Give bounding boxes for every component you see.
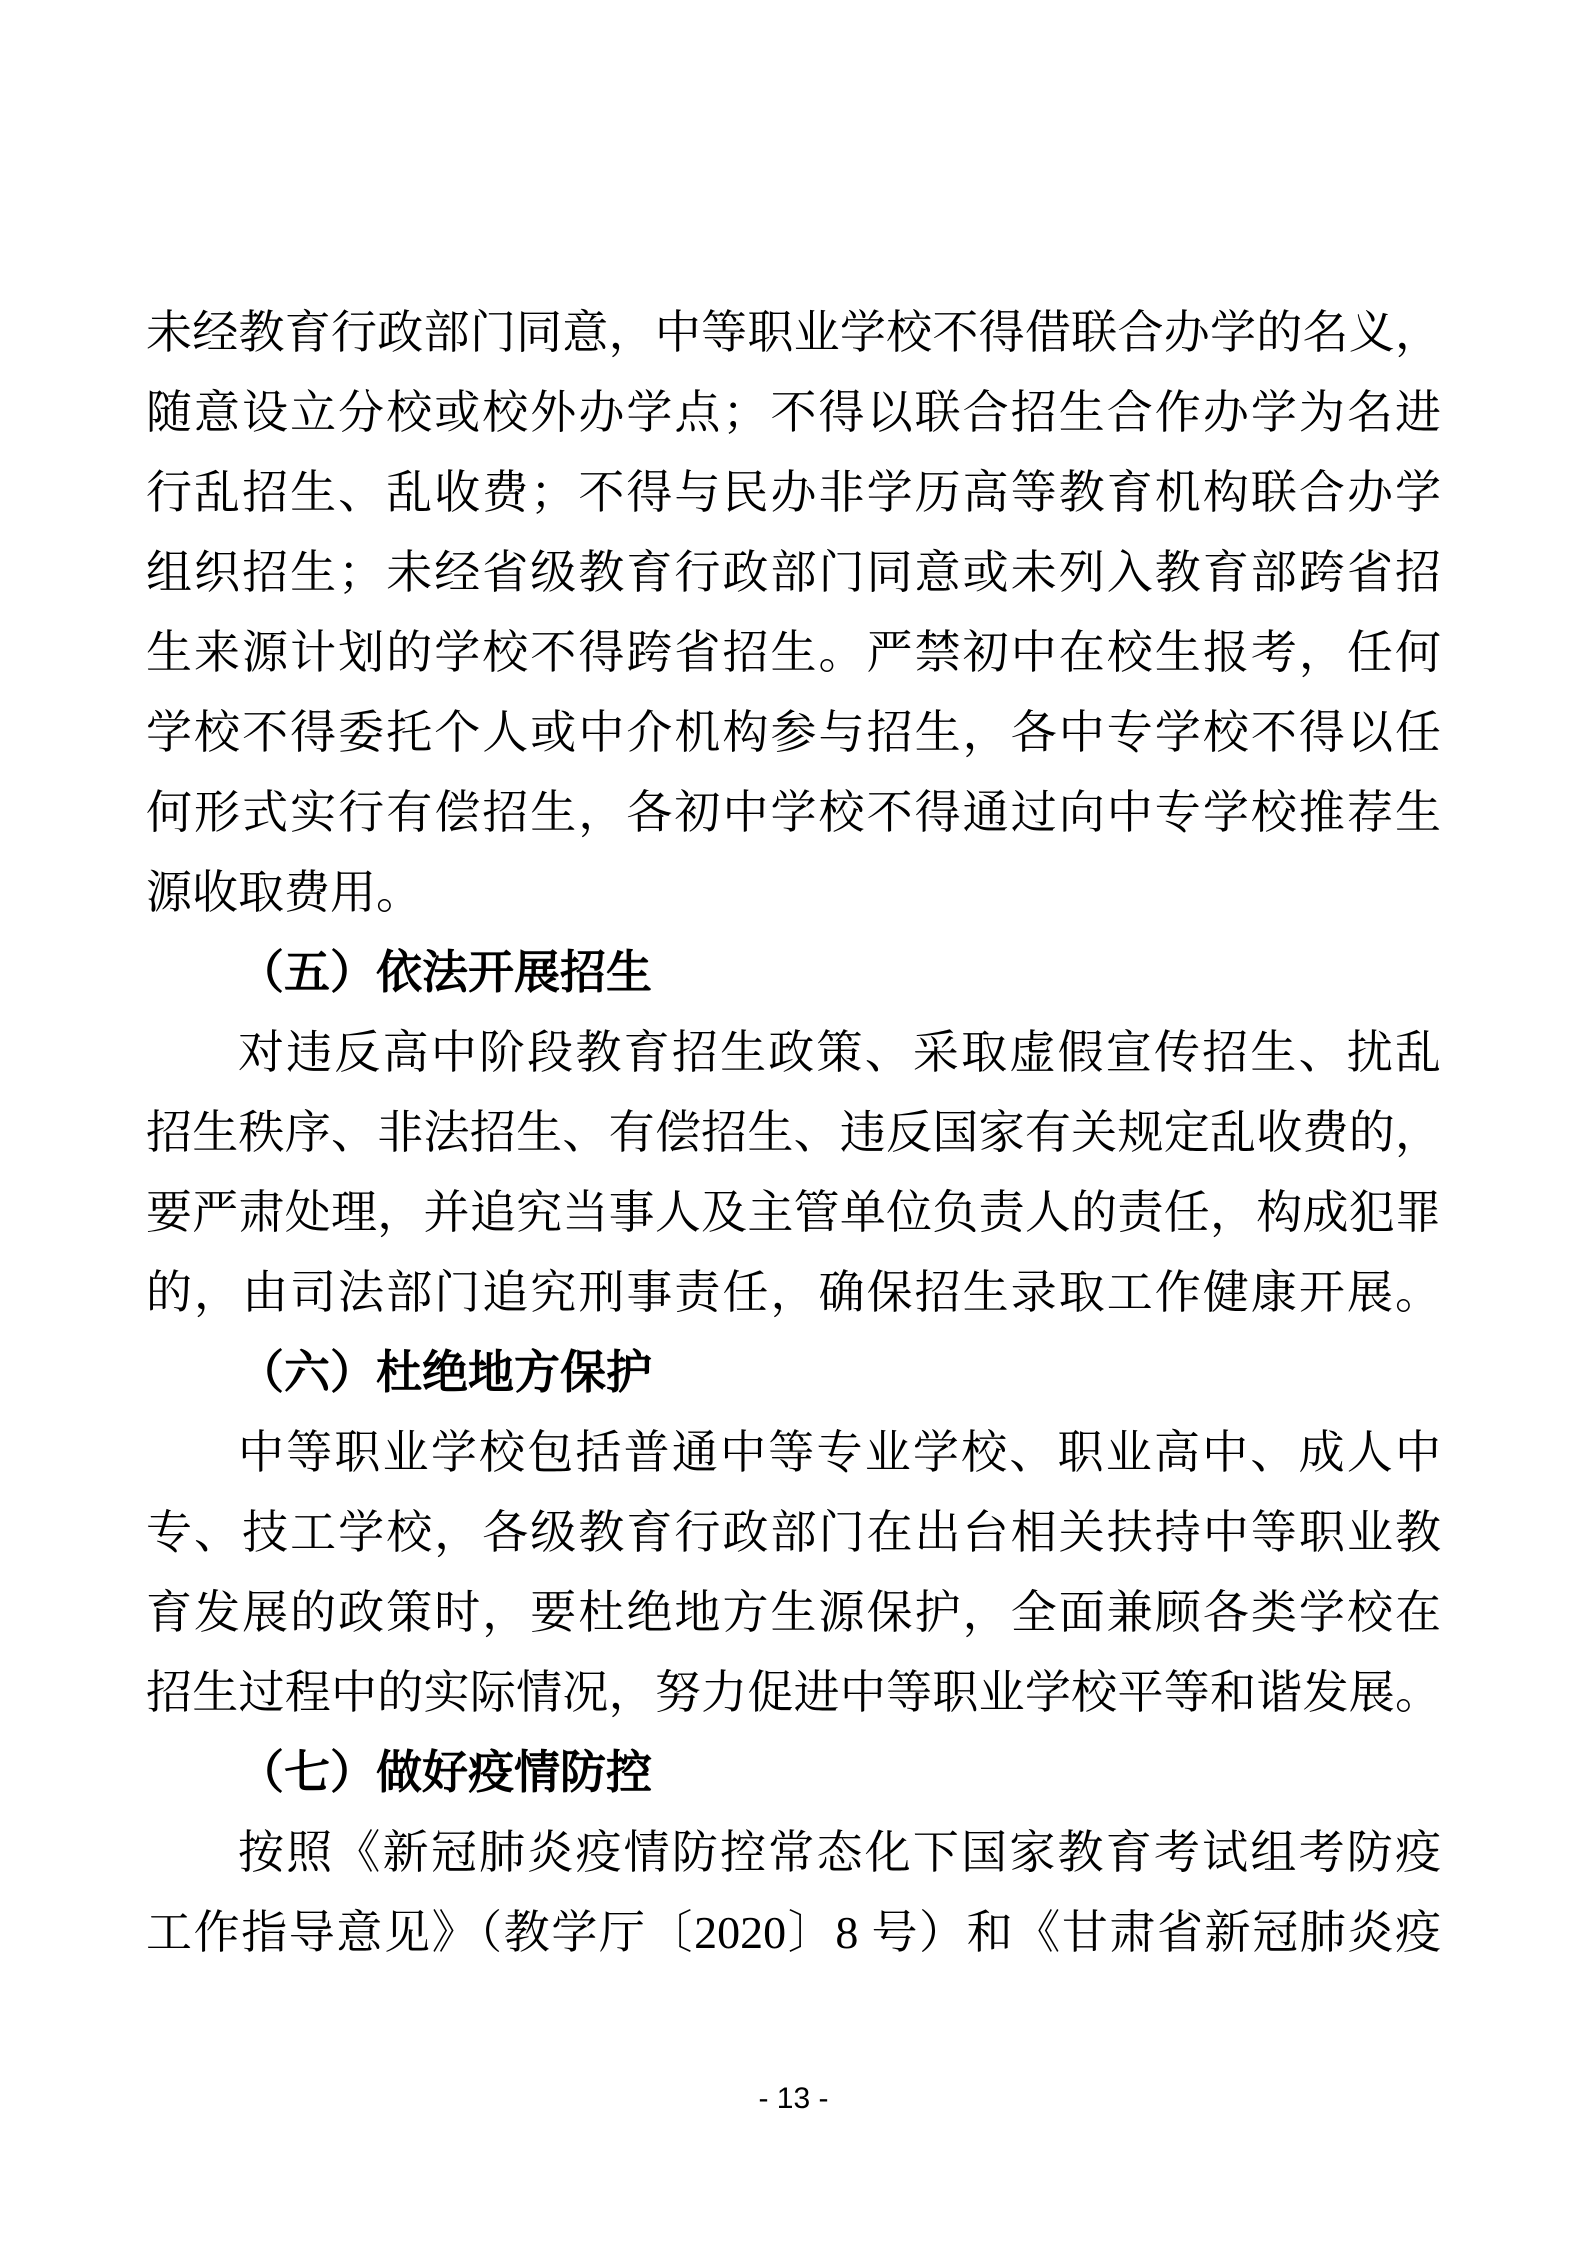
paragraph: 未经教育行政部门同意，中等职业学校不得借联合办学的名义， 随意设立分校或校外办学… xyxy=(146,293,1441,933)
paragraph: 按照《新冠肺炎疫情防控常态化下国家教育考试组考防疫 工作指导意见》（教学厅〔20… xyxy=(146,1813,1441,1973)
text-line: 生来源计划的学校不得跨省招生。严禁初中在校生报考，任何 xyxy=(146,613,1441,693)
text-line: 源收取费用。 xyxy=(146,853,1441,933)
section: （五）依法开展招生 xyxy=(146,933,1441,1013)
text-line: 学校不得委托个人或中介机构参与招生，各中专学校不得以任 xyxy=(146,693,1441,773)
paragraph: 中等职业学校包括普通中等专业学校、职业高中、成人中 专、技工学校，各级教育行政部… xyxy=(146,1413,1441,1733)
text-line: 何形式实行有偿招生，各初中学校不得通过向中专学校推荐生 xyxy=(146,773,1441,853)
text-line: 对违反高中阶段教育招生政策、采取虚假宣传招生、扰乱 xyxy=(146,1013,1441,1093)
text-line: 的，由司法部门追究刑事责任，确保招生录取工作健康开展。 xyxy=(146,1253,1441,1333)
section-heading: （七）做好疫情防控 xyxy=(146,1733,1441,1813)
text-line: 工作指导意见》（教学厅〔2020〕8 号）和《甘肃省新冠肺炎疫 xyxy=(146,1893,1441,1973)
paragraph: 对违反高中阶段教育招生政策、采取虚假宣传招生、扰乱 招生秩序、非法招生、有偿招生… xyxy=(146,1013,1441,1333)
text-line: 育发展的政策时，要杜绝地方生源保护，全面兼顾各类学校在 xyxy=(146,1573,1441,1653)
section-heading: （五）依法开展招生 xyxy=(146,933,1441,1013)
text-line: 中等职业学校包括普通中等专业学校、职业高中、成人中 xyxy=(146,1413,1441,1493)
section: （六）杜绝地方保护 xyxy=(146,1333,1441,1413)
text-line: 组织招生；未经省级教育行政部门同意或未列入教育部跨省招 xyxy=(146,533,1441,613)
text-line: 招生过程中的实际情况，努力促进中等职业学校平等和谐发展。 xyxy=(146,1653,1441,1733)
document-body: 未经教育行政部门同意，中等职业学校不得借联合办学的名义， 随意设立分校或校外办学… xyxy=(146,293,1441,1973)
text-line: 要严肃处理，并追究当事人及主管单位负责人的责任，构成犯罪 xyxy=(146,1173,1441,1253)
page-number: - 13 - xyxy=(0,2081,1587,2117)
text-line: 招生秩序、非法招生、有偿招生、违反国家有关规定乱收费的， xyxy=(146,1093,1441,1173)
section-heading: （六）杜绝地方保护 xyxy=(146,1333,1441,1413)
section: （七）做好疫情防控 xyxy=(146,1733,1441,1813)
text-line: 专、技工学校，各级教育行政部门在出台相关扶持中等职业教 xyxy=(146,1493,1441,1573)
text-line: 未经教育行政部门同意，中等职业学校不得借联合办学的名义， xyxy=(146,293,1441,373)
text-line: 行乱招生、乱收费；不得与民办非学历高等教育机构联合办学 xyxy=(146,453,1441,533)
text-line: 随意设立分校或校外办学点；不得以联合招生合作办学为名进 xyxy=(146,373,1441,453)
text-line: 按照《新冠肺炎疫情防控常态化下国家教育考试组考防疫 xyxy=(146,1813,1441,1893)
document-page: { "content": { "blocks": [ { "kind": "bo… xyxy=(0,0,1587,2245)
